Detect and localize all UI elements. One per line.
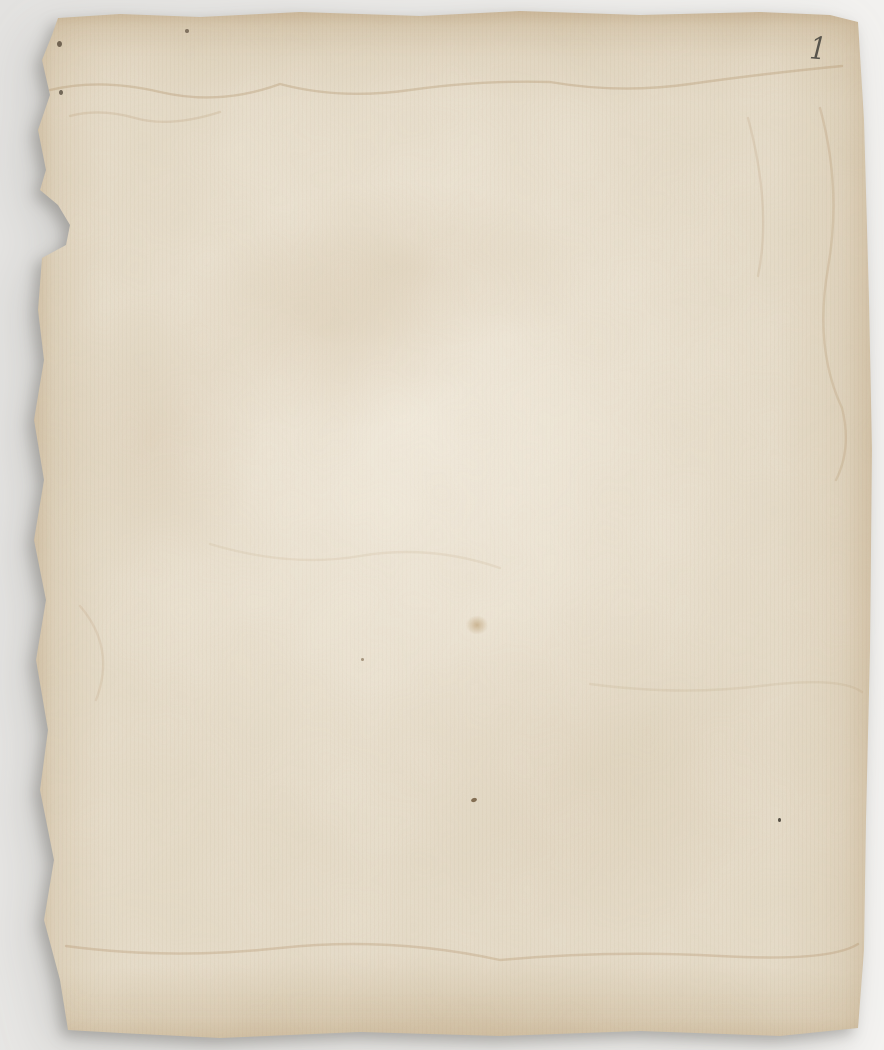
foxing-speck bbox=[59, 90, 63, 95]
tide-line-stains bbox=[30, 8, 872, 1042]
foxing-speck bbox=[470, 797, 477, 803]
photo-backdrop: 1 bbox=[0, 0, 884, 1050]
foxing-speck bbox=[778, 818, 781, 822]
foxing-speck bbox=[361, 658, 364, 661]
paper-sheet: 1 bbox=[30, 8, 872, 1042]
foxing-speck bbox=[57, 41, 62, 47]
foxing-speck bbox=[185, 29, 189, 33]
paper-texture bbox=[30, 8, 872, 1042]
page-number-annotation: 1 bbox=[808, 33, 827, 65]
